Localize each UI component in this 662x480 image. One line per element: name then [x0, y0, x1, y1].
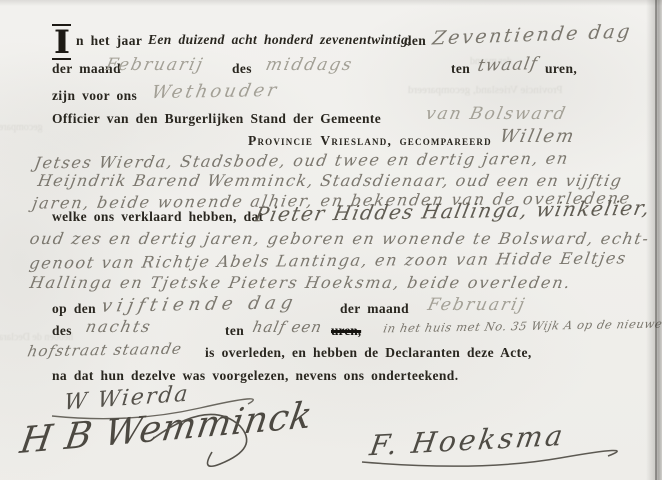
entry-declarants-line2: Heijndrik Barend Wemminck, Stadsdienaar,…	[36, 171, 624, 190]
entry-death-daypart: nachts	[84, 317, 154, 336]
entry-gemeente: van Bolsward	[424, 104, 569, 124]
printed-den: den	[404, 33, 426, 49]
signature-flourish	[360, 452, 610, 472]
printed-closing-line: na dat hun dezelve was voorgelezen, neve…	[52, 368, 459, 384]
printed-uren2-struck: uren,	[331, 323, 361, 339]
scan-edge-right	[646, 0, 662, 480]
entry-official: Wethouder	[150, 80, 281, 103]
entry-daypart: middags	[264, 55, 355, 75]
printed-zijn-voor-ons: zijn voor ons	[52, 88, 137, 104]
entry-address-line1: in het huis met No. 35 Wijk A op de nieu…	[382, 317, 662, 336]
entry-deceased-line2: oud zes en dertig jaren, geboren en wone…	[28, 229, 651, 248]
entry-address-line2: hofstraat staande	[26, 340, 184, 361]
entry-declarants-line1: Jetses Wierda, Stadsbode, oud twee en de…	[33, 149, 571, 173]
scan-edge-line	[655, 0, 657, 480]
printed-verklaard-line: welke ons verklaard hebben, dat	[52, 209, 264, 225]
printed-des: des	[232, 61, 252, 77]
printed-ten: ten	[451, 61, 470, 77]
scanned-death-record: Provincie Vriesland, gecompareerd der ma…	[0, 0, 662, 480]
bleed-through-text: gecompareerd	[0, 122, 43, 133]
entry-month: Februarij	[104, 55, 206, 75]
entry-deceased-line4: Hallinga en Tjetske Pieters Hoeksma, bei…	[28, 273, 573, 292]
entry-death-day: vijftiende dag	[100, 292, 300, 316]
entry-deceased-line3: genoot van Richtje Abels Lantinga, en zo…	[28, 248, 629, 272]
printed-des2: des	[52, 323, 72, 339]
printed-opening: n het jaar	[76, 33, 142, 49]
entry-day: Zeventiende dag	[431, 21, 634, 50]
printed-officier-line: Officier van den Burgerlijken Stand der …	[52, 111, 381, 127]
printed-provincie-line: Provincie Vriesland, gecompareerd	[248, 133, 492, 149]
printed-ten2: ten	[225, 323, 244, 339]
entry-death-month: Februarij	[426, 295, 528, 315]
scan-edge-top	[0, 0, 662, 6]
entry-declarant1-firstname: Willem	[498, 126, 578, 147]
printed-overleden-line: is overleden, en hebben de Declaranten d…	[205, 345, 532, 361]
printed-year-words: Een duizend acht honderd zevenentwintig,	[148, 32, 412, 48]
ornate-initial: I	[52, 24, 71, 60]
printed-uren: uren,	[545, 61, 577, 77]
printed-der-maand2: der maand	[340, 301, 409, 317]
entry-death-hour: half een	[251, 318, 324, 336]
printed-op-den: op den	[52, 301, 96, 317]
signature-flourish	[150, 408, 280, 478]
entry-hour: twaalf	[476, 54, 539, 76]
bleed-through-text: Provincie Vriesland, gecompareerd	[408, 84, 563, 96]
